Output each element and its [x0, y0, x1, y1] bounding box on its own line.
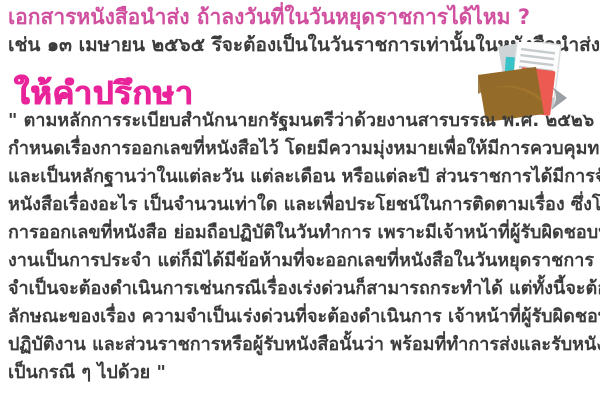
article-line: หนังสือเรื่องอะไร เป็นจำนวนเท่าใด และเพื… [8, 191, 592, 219]
article-line: " ตามหลักการระเบียบสำนักนายกรัฐมนตรีว่าด… [8, 107, 592, 135]
article-line: ลักษณะของเรื่อง ความจำเป็นเร่งด่วนที่จะต… [8, 303, 592, 331]
article-line: ปฏิบัติงาน และส่วนราชการหรือผู้รับหนังสื… [8, 331, 592, 359]
article-line: การออกเลขที่หนังสือ ย่อมถือปฏิบัติในวันท… [8, 219, 592, 247]
article-line: กำหนดเรื่องการออกเลขที่หนังสือไว้ โดยมีค… [8, 135, 592, 163]
article-text: " ตามหลักการระเบียบสำนักนายกรัฐมนตรีว่าด… [8, 107, 592, 387]
infographic-page: เอกสารหนังสือนำส่ง ถ้าลงวันที่ในวันหยุดร… [0, 0, 600, 400]
article-line: และเป็นหลักฐานว่าในแต่ละวัน แต่ละเดือน ห… [8, 163, 592, 191]
article-line: งานเป็นการประจำ แต่ก็มิได้มีข้อห้ามที่จะ… [8, 247, 592, 275]
article-line: เป็นกรณี ๆ ไปด้วย " [8, 359, 592, 387]
article-line: จำเป็นจะต้องดำเนินการเช่นกรณีเรื่องเร่งด… [8, 275, 592, 303]
